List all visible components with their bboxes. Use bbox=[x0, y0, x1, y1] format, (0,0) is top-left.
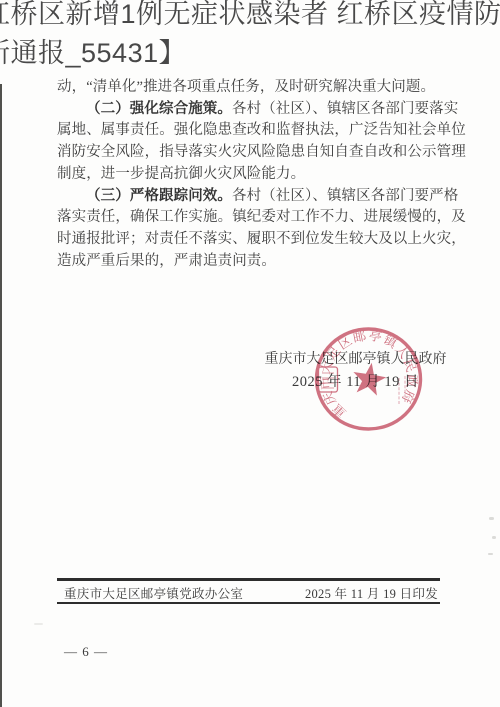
official-seal: 重庆市大足区邮亭镇人民政府 bbox=[313, 326, 425, 432]
page-title: 红桥区新增1例无症状感染者 红桥区疫情防控 新通报_55431】 bbox=[0, 0, 500, 73]
document-viewer: 红桥区新增1例无症状感染者 红桥区疫情防控 新通报_55431】 动，“清单化”… bbox=[0, 0, 500, 707]
document-line: 造成严重后果的，严肃追责问责。 bbox=[57, 251, 445, 273]
scan-speck bbox=[489, 517, 494, 520]
footer-print-date: 2025 年 11 月 19 日印发 bbox=[305, 584, 440, 602]
seal-star bbox=[350, 360, 388, 396]
footer-issuing-office: 重庆市大足区邮亭镇党政办公室 bbox=[57, 584, 243, 602]
page-title-line1: 红桥区新增1例无症状感染者 红桥区疫情防控 bbox=[0, 0, 500, 34]
document-text: 动，“清单化”推进各项重点任务，及时研究解决重大问题。（二）强化综合施策。各村（… bbox=[57, 77, 445, 272]
document-line: 时通报批评；对责任不落实、履职不到位发生较大及以上火灾， bbox=[57, 229, 445, 251]
scan-speck bbox=[488, 553, 493, 555]
document-line: （三）严格跟踪问效。各村（社区）、镇辖区各部门要严格 bbox=[57, 186, 445, 208]
page-number: — 6 — bbox=[64, 644, 108, 660]
footer-rule-bottom bbox=[57, 602, 440, 604]
document-line: 落实责任，确保工作实施。镇纪委对工作不力、进展缓慢的，及 bbox=[57, 207, 445, 229]
document-line: 制度，进一步提高抗御火灾风险能力。 bbox=[57, 164, 445, 186]
footer-imprint: 重庆市大足区邮亭镇党政办公室 2025 年 11 月 19 日印发 bbox=[57, 584, 440, 602]
document-line: （二）强化综合施策。各村（社区）、镇辖区各部门要落实 bbox=[57, 99, 445, 121]
document-line: 动，“清单化”推进各项重点任务，及时研究解决重大问题。 bbox=[57, 77, 445, 99]
scan-edge-artifact bbox=[0, 84, 2, 707]
document-line: 属地、属事责任。强化隐患查改和监督执法，广泛告知社会单位 bbox=[57, 120, 445, 142]
page-title-line2: 新通报_55431】 bbox=[0, 34, 500, 73]
scan-speck bbox=[492, 536, 496, 539]
document-line: 消防安全风险，指导落实火灾风险隐患自知自查自改和公示管理 bbox=[57, 142, 445, 164]
scan-speck bbox=[34, 623, 43, 625]
footer-rule-top bbox=[57, 578, 440, 581]
